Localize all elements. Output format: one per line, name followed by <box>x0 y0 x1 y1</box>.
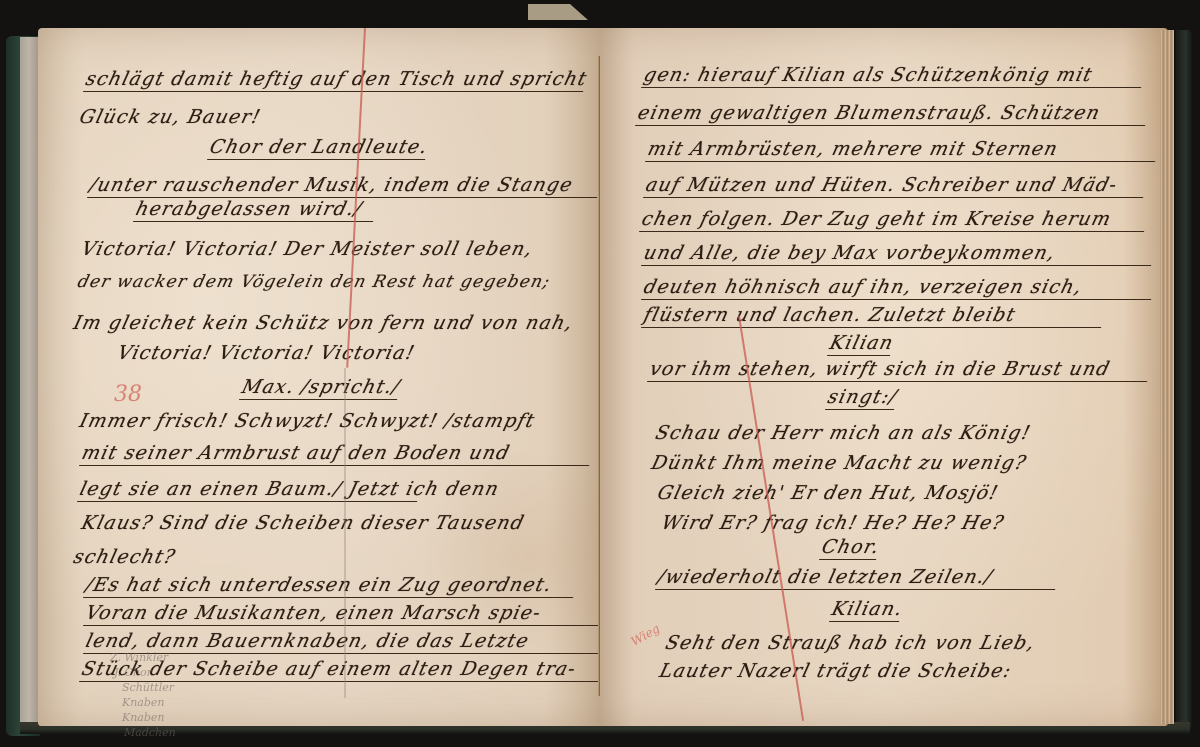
torn-page-corner <box>528 4 588 20</box>
pencil-note: Z. Winkler <box>110 650 176 665</box>
verse-line: Lauter Nazerl trägt die Scheibe: <box>657 660 1014 682</box>
endpaper-left <box>20 37 38 731</box>
character-name: Chor. <box>819 536 882 560</box>
text-line: Victoria! Victoria! Der Meister soll leb… <box>79 238 535 260</box>
character-name: Kilian. <box>829 598 905 622</box>
section-heading: Chor der Landleute. <box>207 136 430 160</box>
text-line: flüstern und lachen. Zuletzt bleibt <box>641 304 1107 328</box>
text-line: mit Armbrüsten, mehrere mit Sternen <box>645 138 1161 162</box>
character-name: Kilian <box>827 332 896 356</box>
verse-line: Dünkt Ihm meine Macht zu wenig? <box>649 452 1029 474</box>
stage-direction: /wiederholt die letzten Zeilen./ <box>655 566 1061 590</box>
pencil-note: Madchen <box>124 725 176 740</box>
pencil-note: Knaben <box>122 710 176 725</box>
text-line: und Alle, die bey Max vorbeykommen, <box>641 242 1157 266</box>
text-line: singt:/ <box>825 386 900 410</box>
text-line: Victoria! Victoria! Victoria! <box>115 342 417 364</box>
text-line: schlecht? <box>71 546 178 568</box>
text-line: mit seiner Armbrust auf den Boden und <box>79 442 595 466</box>
verse-line: Wird Er? frag ich! He? He? He? <box>659 512 1007 534</box>
pencil-note: J. Chor <box>114 665 176 680</box>
text-line: herabgelassen wird./ <box>133 198 379 222</box>
text-line: /Es hat sich unterdessen ein Zug geordne… <box>83 574 579 598</box>
text-line: der wacker dem Vögelein den Rest hat geg… <box>76 272 553 292</box>
page-edges <box>1160 30 1174 724</box>
left-page: schlägt damit heftig auf den Tisch und s… <box>38 28 600 726</box>
pencil-stroke <box>344 368 346 698</box>
verse-line: Schau der Herr mich an als König! <box>653 422 1033 444</box>
pencil-notes: Z. Winkler J. Chor Schüttler Knaben Knab… <box>110 650 176 740</box>
text-line: chen folgen. Der Zug geht im Kreise heru… <box>639 208 1150 232</box>
text-line: Immer frisch! Schwyzt! Schwyzt! /stampft <box>77 410 537 432</box>
text-line: auf Mützen und Hüten. Schreiber und Mäd- <box>643 174 1149 198</box>
text-line: Im gleichet kein Schütz von fern und von… <box>71 312 575 334</box>
manuscript-photo: schlägt damit heftig auf den Tisch und s… <box>0 0 1200 747</box>
text-line: deuten höhnisch auf ihn, verzeigen sich, <box>641 276 1157 300</box>
book-cover-right <box>1176 30 1192 730</box>
text-line: gen: hierauf Kilian als Schützenkönig mi… <box>641 64 1147 88</box>
right-page: gen: hierauf Kilian als Schützenkönig mi… <box>600 28 1168 726</box>
pencil-note: Knaben <box>122 695 176 710</box>
red-marginal-mark: Wieg <box>629 621 663 648</box>
pencil-note: Schüttler <box>122 680 176 695</box>
text-line: einem gewaltigen Blumenstrauß. Schützen <box>635 102 1151 126</box>
text-line: Klaus? Sind die Scheiben dieser Tausend <box>79 512 527 534</box>
text-line: vor ihm stehen, wirft sich in die Brust … <box>647 358 1153 382</box>
text-line: Voran die Musikanten, einen Marsch spie- <box>83 602 619 626</box>
text-line: Glück zu, Bauer! <box>77 106 263 128</box>
text-line: legt sie an einen Baum./ Jetzt ich denn <box>77 478 423 502</box>
text-line: schlägt damit heftig auf den Tisch und s… <box>83 68 589 92</box>
text-line: /unter rauschender Musik, indem die Stan… <box>87 174 603 198</box>
red-marginal-mark: 38 <box>114 382 142 407</box>
section-heading: Max. /spricht./ <box>239 376 403 400</box>
verse-line: Seht den Strauß hab ich von Lieb, <box>663 632 1037 654</box>
verse-line: Gleich zieh' Er den Hut, Mosjö! <box>655 482 1001 504</box>
